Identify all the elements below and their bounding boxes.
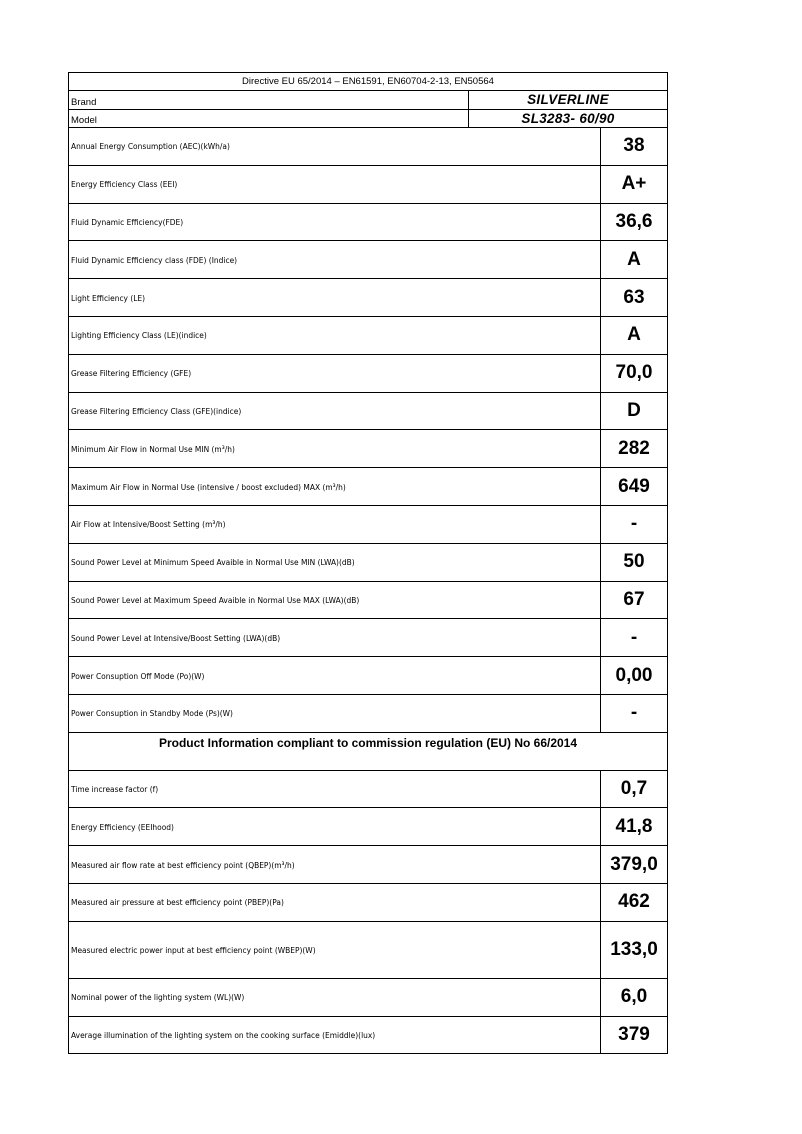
spec-label-text: Maximum Air Flow in Normal Use (intensiv… xyxy=(71,482,346,492)
spec-label: Annual Energy Consumption (AEC)(kWh/a) xyxy=(69,128,601,165)
spec-label: Grease Filtering Efficiency (GFE) xyxy=(69,355,601,392)
spec-label: Fluid Dynamic Efficiency class (FDE) (In… xyxy=(69,241,601,278)
spec-label-text: Fluid Dynamic Efficiency class (FDE) (In… xyxy=(71,255,237,265)
spec-label: Nominal power of the lighting system (WL… xyxy=(69,979,601,1016)
spec-label-text: Average illumination of the lighting sys… xyxy=(71,1030,375,1040)
spec-label-text: Measured air flow rate at best efficienc… xyxy=(71,860,295,870)
spec-row: Fluid Dynamic Efficiency class (FDE) (In… xyxy=(68,241,668,279)
spec-label-text: Minimum Air Flow in Normal Use MIN (m³/h… xyxy=(71,444,235,454)
section-title: Product Information compliant to commiss… xyxy=(159,736,577,750)
spec-row: Lighting Efficiency Class (LE)(indice)A xyxy=(68,317,668,355)
spec-row: Sound Power Level at Intensive/Boost Set… xyxy=(68,619,668,657)
spec-label-text: Grease Filtering Efficiency (GFE) xyxy=(71,368,191,378)
spec-label-text: Energy Efficiency Class (EEI) xyxy=(71,179,177,189)
spec-value: - xyxy=(601,695,667,732)
product-info-sheet: Directive EU 65/2014 – EN61591, EN60704-… xyxy=(68,72,668,1054)
spec-row: Energy Efficiency Class (EEI)A+ xyxy=(68,166,668,204)
spec-value: 67 xyxy=(601,582,667,619)
spec-label-text: Sound Power Level at Intensive/Boost Set… xyxy=(71,633,280,643)
brand-label: Brand xyxy=(69,91,469,109)
spec-value: 649 xyxy=(601,468,667,505)
spec-row: Fluid Dynamic Efficiency(FDE)36,6 xyxy=(68,204,668,242)
spec-value: 379 xyxy=(601,1017,667,1054)
spec-label: Power Consuption in Standby Mode (Ps)(W) xyxy=(69,695,601,732)
spec-label-text: Sound Power Level at Minimum Speed Avaib… xyxy=(71,557,355,567)
spec-label: Measured electric power input at best ef… xyxy=(69,922,601,978)
spec-label-text: Light Efficiency (LE) xyxy=(71,293,145,303)
model-value: SL3283- 60/90 xyxy=(469,110,667,128)
spec-label: Fluid Dynamic Efficiency(FDE) xyxy=(69,204,601,241)
spec-label: Light Efficiency (LE) xyxy=(69,279,601,316)
spec-value: 133,0 xyxy=(601,922,667,978)
spec-label-text: Grease Filtering Efficiency Class (GFE)(… xyxy=(71,406,241,416)
spec-value: 41,8 xyxy=(601,808,667,845)
spec-row: Measured air pressure at best efficiency… xyxy=(68,884,668,922)
spec-row: Air Flow at Intensive/Boost Setting (m³/… xyxy=(68,506,668,544)
spec-row: Measured electric power input at best ef… xyxy=(68,922,668,979)
spec-row: Maximum Air Flow in Normal Use (intensiv… xyxy=(68,468,668,506)
spec-value: - xyxy=(601,506,667,543)
spec-row: Average illumination of the lighting sys… xyxy=(68,1017,668,1055)
spec-row: Power Consuption in Standby Mode (Ps)(W)… xyxy=(68,695,668,733)
spec-value: 50 xyxy=(601,544,667,581)
spec-label: Lighting Efficiency Class (LE)(indice) xyxy=(69,317,601,354)
spec-value: 379,0 xyxy=(601,846,667,883)
spec-label-text: Power Consuption Off Mode (Po)(W) xyxy=(71,671,204,681)
spec-label-text: Nominal power of the lighting system (WL… xyxy=(71,992,244,1002)
spec-label-text: Energy Efficiency (EEIhood) xyxy=(71,822,174,832)
spec-row: Annual Energy Consumption (AEC)(kWh/a)38 xyxy=(68,128,668,166)
spec-label: Grease Filtering Efficiency Class (GFE)(… xyxy=(69,393,601,430)
spec-row: Grease Filtering Efficiency Class (GFE)(… xyxy=(68,393,668,431)
spec-label-text: Sound Power Level at Maximum Speed Avaib… xyxy=(71,595,359,605)
spec-row: Sound Power Level at Minimum Speed Avaib… xyxy=(68,544,668,582)
directive-text: Directive EU 65/2014 – EN61591, EN60704-… xyxy=(242,76,494,87)
spec-label: Average illumination of the lighting sys… xyxy=(69,1017,601,1054)
model-row: Model SL3283- 60/90 xyxy=(68,110,668,129)
spec-value: 70,0 xyxy=(601,355,667,392)
spec-label-text: Air Flow at Intensive/Boost Setting (m³/… xyxy=(71,519,226,529)
model-label: Model xyxy=(69,110,469,128)
spec-label-text: Measured air pressure at best efficiency… xyxy=(71,897,284,907)
spec-label-text: Fluid Dynamic Efficiency(FDE) xyxy=(71,217,183,227)
spec-label: Energy Efficiency (EEIhood) xyxy=(69,808,601,845)
spec-label: Sound Power Level at Minimum Speed Avaib… xyxy=(69,544,601,581)
spec-row: Energy Efficiency (EEIhood)41,8 xyxy=(68,808,668,846)
spec-value: A xyxy=(601,317,667,354)
spec-label-text: Measured electric power input at best ef… xyxy=(71,945,316,955)
spec-label-text: Power Consuption in Standby Mode (Ps)(W) xyxy=(71,708,233,718)
spec-label-text: Time increase factor (f) xyxy=(71,784,158,794)
spec-label: Maximum Air Flow in Normal Use (intensiv… xyxy=(69,468,601,505)
spec-value: 462 xyxy=(601,884,667,921)
brand-value: SILVERLINE xyxy=(469,91,667,109)
spec-label-text: Lighting Efficiency Class (LE)(indice) xyxy=(71,330,207,340)
spec-value: D xyxy=(601,393,667,430)
spec-value: A xyxy=(601,241,667,278)
spec-row: Light Efficiency (LE)63 xyxy=(68,279,668,317)
spec-value: - xyxy=(601,619,667,656)
spec-label: Air Flow at Intensive/Boost Setting (m³/… xyxy=(69,506,601,543)
spec-label: Sound Power Level at Intensive/Boost Set… xyxy=(69,619,601,656)
spec-value: 282 xyxy=(601,430,667,467)
brand-row: Brand SILVERLINE xyxy=(68,91,668,110)
spec-label: Sound Power Level at Maximum Speed Avaib… xyxy=(69,582,601,619)
spec-label: Minimum Air Flow in Normal Use MIN (m³/h… xyxy=(69,430,601,467)
spec-value: 36,6 xyxy=(601,204,667,241)
spec-row: Sound Power Level at Maximum Speed Avaib… xyxy=(68,582,668,620)
spec-row: Grease Filtering Efficiency (GFE)70,0 xyxy=(68,355,668,393)
spec-row: Time increase factor (f)0,7 xyxy=(68,771,668,809)
spec-label-text: Annual Energy Consumption (AEC)(kWh/a) xyxy=(71,141,230,151)
spec-value: 63 xyxy=(601,279,667,316)
spec-value: 0,00 xyxy=(601,657,667,694)
spec-label: Measured air flow rate at best efficienc… xyxy=(69,846,601,883)
directive-row: Directive EU 65/2014 – EN61591, EN60704-… xyxy=(68,72,668,91)
spec-label: Measured air pressure at best efficiency… xyxy=(69,884,601,921)
spec-label: Time increase factor (f) xyxy=(69,771,601,808)
spec-value: 6,0 xyxy=(601,979,667,1016)
spec-row: Nominal power of the lighting system (WL… xyxy=(68,979,668,1017)
section-title-row: Product Information compliant to commiss… xyxy=(68,733,668,771)
spec-label: Power Consuption Off Mode (Po)(W) xyxy=(69,657,601,694)
spec-value: 38 xyxy=(601,128,667,165)
spec-value: 0,7 xyxy=(601,771,667,808)
spec-row: Power Consuption Off Mode (Po)(W)0,00 xyxy=(68,657,668,695)
spec-row: Measured air flow rate at best efficienc… xyxy=(68,846,668,884)
spec-row: Minimum Air Flow in Normal Use MIN (m³/h… xyxy=(68,430,668,468)
spec-value: A+ xyxy=(601,166,667,203)
spec-label: Energy Efficiency Class (EEI) xyxy=(69,166,601,203)
